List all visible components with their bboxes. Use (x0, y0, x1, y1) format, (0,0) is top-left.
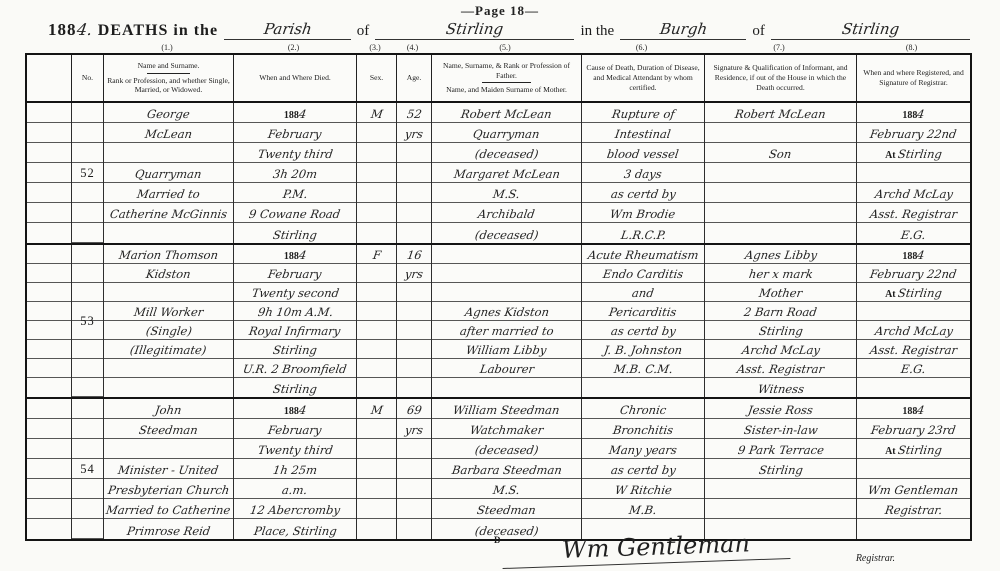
ruled-line (27, 439, 71, 459)
entry-text: Stirling (758, 325, 804, 339)
entry-text: Steedman (138, 424, 199, 438)
entry-number: 54 (72, 399, 103, 539)
ruled-line: 12 Abercromby (234, 499, 356, 519)
entry-text: February (267, 424, 322, 438)
column-number: (4.) (395, 43, 430, 53)
entry-number-cell: 52 (72, 103, 104, 243)
ruled-line (357, 479, 396, 499)
entry-text: her x mark (748, 268, 814, 282)
ruled-line: Bronchitis (582, 419, 704, 439)
entry-text: M.S. (492, 484, 520, 498)
ruled-line (705, 123, 856, 143)
entry-text: Asst. Registrar (869, 208, 958, 222)
ruled-line: Acute Rheumatism (582, 245, 704, 264)
ruled-line: E.G. (857, 359, 970, 378)
entry-text: 69 (406, 404, 423, 418)
entry-text: (deceased) (474, 148, 539, 162)
ruled-line: (Illegitimate) (104, 340, 233, 359)
ruled-line: (deceased) (432, 439, 581, 459)
registrar-signature-label: Registrar. (856, 553, 895, 564)
ruled-line (27, 499, 71, 519)
entry-text: Stirling (897, 148, 943, 162)
ruled-line (705, 163, 856, 183)
ruled-line: Wm Brodie (582, 203, 704, 223)
column-number: (5.) (430, 43, 580, 53)
column-number: (2.) (232, 43, 355, 53)
entry-text: William Steedman (452, 404, 560, 418)
ruled-line: At Stirling (857, 143, 970, 163)
entry-text: as certd by (610, 325, 677, 339)
cause-cell: Acute RheumatismEndo CarditisandPericard… (582, 245, 705, 397)
entry-text: Archd McLay (874, 188, 954, 202)
ruled-line (27, 143, 71, 163)
ruled-line (857, 302, 970, 321)
entry-text: Twenty third (257, 444, 334, 458)
entry-text: E.G. (900, 363, 926, 377)
record-row: 52GeorgeMcLeanQuarrymanMarried toCatheri… (27, 103, 970, 245)
ruled-line (104, 283, 233, 302)
column-header: When and Where Died. (234, 55, 357, 101)
entry-text: Bronchitis (612, 424, 674, 438)
ruled-line: February (234, 123, 356, 143)
entry-text: Wm Brodie (609, 208, 676, 222)
ruled-line: M (357, 399, 396, 419)
ruled-line (432, 283, 581, 302)
entry-text: John (154, 404, 182, 418)
ruled-line (104, 439, 233, 459)
ruled-line (27, 399, 71, 419)
title-year: 1884. (48, 20, 92, 40)
ruled-line: M (357, 103, 396, 123)
registrar-signature: Wm Gentleman (502, 528, 791, 569)
ruled-line: U.R. 2 Broomfield (234, 359, 356, 378)
ruled-line: 52 (397, 103, 431, 123)
ruled-line: a.m. (234, 479, 356, 499)
ruled-line (357, 459, 396, 479)
ruled-line: Barbara Steedman (432, 459, 581, 479)
ruled-line: J. B. Johnston (582, 340, 704, 359)
ruled-line: Kidston (104, 264, 233, 283)
ruled-line (27, 459, 71, 479)
entry-text: M (370, 108, 384, 122)
entry-number: 53 (72, 245, 103, 397)
ruled-line: Steedman (104, 419, 233, 439)
entry-text: February (267, 128, 322, 142)
ruled-line: yrs (397, 419, 431, 439)
ruled-line (705, 223, 856, 243)
ruled-line: Pericarditis (582, 302, 704, 321)
column-number (25, 43, 70, 53)
ruled-line: 16 (397, 245, 431, 264)
entry-text: Stirling (758, 464, 804, 478)
ruled-line (27, 183, 71, 203)
entry-text: yrs (404, 128, 424, 142)
column-numbers-row: (1.)(2.)(3.)(4.)(5.)(6.)(7.)(8.) (25, 43, 968, 53)
entry-text: 9h 10m A.M. (257, 306, 334, 320)
ruled-line (357, 203, 396, 223)
ruled-line: (deceased) (432, 143, 581, 163)
ruled-line (397, 340, 431, 359)
ruled-line: blood vessel (582, 143, 704, 163)
ruled-line: as certd by (582, 183, 704, 203)
entry-text: 3h 20m (272, 168, 318, 182)
ruled-line (357, 163, 396, 183)
registered-cell: 1884February 22ndAt StirlingArchd McLayA… (857, 103, 970, 243)
ruled-line: Mill Worker (104, 302, 233, 321)
entry-text: 12 Abercromby (249, 504, 341, 518)
entry-text: 4 (298, 108, 307, 122)
entry-text: J. B. Johnston (603, 344, 683, 358)
ruled-line (705, 183, 856, 203)
entry-text: Kidston (145, 268, 191, 282)
ruled-line (27, 283, 71, 302)
entry-text: Stirling (272, 229, 318, 243)
entry-text: (Single) (145, 325, 193, 339)
entry-text: Robert McLean (734, 108, 826, 122)
ruled-line: February 23rd (857, 419, 970, 439)
died-cell: 1884FebruaryTwenty third1h 25ma.m.12 Abe… (234, 399, 357, 539)
entry-text: blood vessel (606, 148, 679, 162)
ruled-line: Endo Carditis (582, 264, 704, 283)
page-number-label: —Page 18— (0, 0, 1000, 19)
ruled-line (357, 283, 396, 302)
ruled-line (27, 378, 71, 397)
ruled-line: Chronic (582, 399, 704, 419)
title-year-printed: 188 (48, 20, 77, 39)
ruled-line: M.B. C.M. (582, 359, 704, 378)
entry-text: Marion Thomson (118, 249, 219, 263)
entry-text: Royal Infirmary (248, 325, 341, 339)
ruled-line (857, 378, 970, 397)
ruled-line (357, 378, 396, 397)
cause-cell: Rupture ofIntestinalblood vessel3 daysas… (582, 103, 705, 243)
entry-text: Stirling (897, 444, 943, 458)
registered-cell: 1884February 22ndAt StirlingArchd McLayA… (857, 245, 970, 397)
column-header-label: Signature & Qualification of Informant, … (707, 63, 854, 93)
ruled-line: Wm Gentleman (857, 479, 970, 499)
area-name-script: Stirling (841, 22, 900, 37)
ruled-line (357, 302, 396, 321)
ruled-line: Twenty second (234, 283, 356, 302)
entry-text: 4 (298, 404, 307, 418)
ruled-line: M.S. (432, 183, 581, 203)
ruled-line: 1884 (857, 103, 970, 123)
title-of-1: of (357, 23, 370, 40)
ruled-line (104, 223, 233, 243)
ruled-line: Stirling (705, 321, 856, 340)
entry-text: (deceased) (474, 444, 539, 458)
ruled-line (104, 378, 233, 397)
ruled-line: Asst. Registrar (857, 203, 970, 223)
entry-text: George (146, 108, 191, 122)
ruled-line: 1h 25m (234, 459, 356, 479)
ruled-line: after married to (432, 321, 581, 340)
entry-text: Pericarditis (608, 306, 677, 320)
died-cell: 1884FebruaryTwenty second9h 10m A.M.Roya… (234, 245, 357, 397)
entry-text: Mill Worker (133, 306, 204, 320)
sex-cell: M (357, 399, 397, 539)
ruled-line (27, 163, 71, 183)
ruled-line: 1884 (234, 103, 356, 123)
ruled-line: February (234, 419, 356, 439)
ruled-line: Agnes Libby (705, 245, 856, 264)
entry-text: Rupture of (611, 108, 676, 122)
ruled-line: 2 Barn Road (705, 302, 856, 321)
entry-text: Many years (608, 444, 678, 458)
ruled-line (357, 340, 396, 359)
ruled-line: M.B. (582, 499, 704, 519)
ruled-line (397, 223, 431, 243)
entry-text: M.S. (492, 188, 520, 202)
register-page-scan: —Page 18— 1884. DEATHS in the Parish of … (0, 0, 1000, 571)
area-type-blank: Burgh (620, 22, 746, 40)
ruled-line: (Single) (104, 321, 233, 340)
entry-text: Intestinal (614, 128, 671, 142)
entry-text: W Ritchie (614, 484, 673, 498)
column-header: Name and Surname.Rank or Profession, and… (104, 55, 234, 101)
ruled-line: her x mark (705, 264, 856, 283)
entry-text: M (370, 404, 384, 418)
ruled-line: Watchmaker (432, 419, 581, 439)
column-header-sublabel: Rank or Profession, and whether Single, … (106, 76, 231, 96)
parents-cell: Agnes Kidstonafter married toWilliam Lib… (432, 245, 582, 397)
column-header-label: When and Where Died. (259, 73, 331, 83)
page-footer: D Wm Gentleman Registrar. (0, 535, 1000, 571)
ruled-line: Quarryman (104, 163, 233, 183)
entry-text: Mother (758, 287, 803, 301)
entry-text: 52 (406, 108, 423, 122)
entry-text: Catherine McGinnis (109, 208, 228, 222)
sex-cell: M (357, 103, 397, 243)
column-header: When and where Registered, and Signature… (857, 55, 970, 101)
district-type-script: Parish (262, 22, 312, 37)
entry-text: Stirling (272, 344, 318, 358)
entry-text: Registrar. (884, 504, 943, 518)
entry-text: February 22nd (869, 268, 957, 282)
ruled-line (705, 499, 856, 519)
ruled-line: as certd by (582, 321, 704, 340)
entry-text: as certd by (610, 464, 677, 478)
district-type-blank: Parish (224, 22, 351, 40)
column-header-divider (147, 73, 190, 74)
ruled-line: Labourer (432, 359, 581, 378)
age-cell: 69yrs (397, 399, 432, 539)
informant-cell: Agnes Libbyher x markMother2 Barn RoadSt… (705, 245, 857, 397)
ruled-line: Marion Thomson (104, 245, 233, 264)
entry-number-cell: 53 (72, 245, 104, 397)
entry-text: E.G. (900, 229, 926, 243)
entry-text: Minister - United (117, 464, 219, 478)
ruled-line: Royal Infirmary (234, 321, 356, 340)
ruled-line: 9h 10m A.M. (234, 302, 356, 321)
printed-year-prefix: 188 (284, 110, 299, 122)
entry-text: Agnes Libby (744, 249, 818, 263)
column-number: (6.) (580, 43, 703, 53)
entry-text: after married to (459, 325, 554, 339)
ruled-line: Catherine McGinnis (104, 203, 233, 223)
ruled-line: Archd McLay (705, 340, 856, 359)
entry-text: Robert McLean (460, 108, 552, 122)
column-header-label: No. (82, 73, 93, 83)
ruled-line (357, 439, 396, 459)
ruled-line (357, 359, 396, 378)
entry-text: Quarryman (472, 128, 540, 142)
ruled-line: William Libby (432, 340, 581, 359)
ruled-line (397, 302, 431, 321)
column-header (27, 55, 72, 101)
entry-text: Chronic (619, 404, 667, 418)
entry-text: William Libby (465, 344, 547, 358)
entry-text: Sister-in-law (743, 424, 819, 438)
died-cell: 1884FebruaryTwenty third3h 20mP.M.9 Cowa… (234, 103, 357, 243)
ruled-line: Stirling (234, 378, 356, 397)
ruled-line (397, 283, 431, 302)
ruled-line: Stirling (234, 340, 356, 359)
ruled-line: February 22nd (857, 123, 970, 143)
entry-text: and (631, 287, 655, 301)
entry-text: Archibald (477, 208, 536, 222)
ruled-line (357, 223, 396, 243)
ruled-line: Married to (104, 183, 233, 203)
ruled-line: At Stirling (857, 283, 970, 302)
ruled-line: and (582, 283, 704, 302)
ruled-line: 9 Cowane Road (234, 203, 356, 223)
ruled-line: Presbyterian Church (104, 479, 233, 499)
ruled-line: Agnes Kidston (432, 302, 581, 321)
entry-text: (Illegitimate) (129, 344, 207, 358)
ruled-line: Twenty third (234, 439, 356, 459)
ruled-line (357, 123, 396, 143)
ruled-line (397, 163, 431, 183)
ruled-line: 3 days (582, 163, 704, 183)
entry-text: Barbara Steedman (451, 464, 563, 478)
name-cell: Marion ThomsonKidstonMill Worker(Single)… (104, 245, 234, 397)
cause-cell: ChronicBronchitisMany yearsas certd byW … (582, 399, 705, 539)
entry-text: Quarryman (134, 168, 202, 182)
area-name-blank: Stirling (771, 22, 970, 40)
district-name-blank: Stirling (375, 22, 574, 40)
ruled-line: Quarryman (432, 123, 581, 143)
column-header-label: Name and Surname. (138, 61, 200, 71)
ruled-line: P.M. (234, 183, 356, 203)
ruled-line: Sister-in-law (705, 419, 856, 439)
parents-cell: Robert McLeanQuarryman(deceased)Margaret… (432, 103, 582, 243)
ruled-line (27, 245, 71, 264)
ruled-line: John (104, 399, 233, 419)
ruled-line (705, 479, 856, 499)
ruled-line (27, 203, 71, 223)
district-name-script: Stirling (445, 22, 504, 37)
ruled-line: Margaret McLean (432, 163, 581, 183)
entry-text: Archd McLay (741, 344, 821, 358)
area-type-script: Burgh (659, 22, 708, 37)
ruled-line: February 22nd (857, 264, 970, 283)
column-header-label: Sex. (370, 73, 383, 83)
entry-text: Margaret McLean (453, 168, 561, 182)
entry-text: yrs (404, 268, 424, 282)
ruled-line: Son (705, 143, 856, 163)
entry-text: Asst. Registrar (869, 344, 958, 358)
entry-text: a.m. (281, 484, 308, 498)
ruled-line (397, 479, 431, 499)
ruled-line (27, 123, 71, 143)
table-body: 52GeorgeMcLeanQuarrymanMarried toCatheri… (27, 103, 970, 539)
ruled-line: William Steedman (432, 399, 581, 419)
ruled-line: (deceased) (432, 223, 581, 243)
name-cell: JohnSteedmanMinister - UnitedPresbyteria… (104, 399, 234, 539)
ruled-line: 1884 (234, 245, 356, 264)
register-table: No.Name and Surname.Rank or Profession, … (25, 53, 972, 541)
title-year-script: 4. (75, 20, 93, 39)
entry-text: Labourer (479, 363, 535, 377)
sex-cell: F (357, 245, 397, 397)
entry-text: Twenty second (251, 287, 340, 301)
entry-text: 3 days (623, 168, 663, 182)
entry-text: Asst. Registrar (736, 363, 825, 377)
ruled-line: Minister - United (104, 459, 233, 479)
ruled-line: Married to Catherine (104, 499, 233, 519)
ruled-line (27, 302, 71, 321)
ruled-line (104, 359, 233, 378)
age-cell: 16yrs (397, 245, 432, 397)
ruled-line (397, 321, 431, 340)
entry-text: 16 (406, 249, 423, 263)
ruled-line: Witness (705, 378, 856, 397)
title-of-2: of (752, 23, 765, 40)
ruled-line (27, 359, 71, 378)
ruled-line: E.G. (857, 223, 970, 243)
entry-text: Archd McLay (874, 325, 954, 339)
ruled-line: Archd McLay (857, 183, 970, 203)
printed-year-prefix: 188 (284, 251, 299, 263)
ruled-line: Jessie Ross (705, 399, 856, 419)
ruled-line: Mother (705, 283, 856, 302)
ruled-line (857, 163, 970, 183)
entry-text: February 23rd (870, 424, 956, 438)
column-header-label: When and where Registered, and Signature… (859, 68, 968, 88)
ruled-line: February (234, 264, 356, 283)
ruled-line (397, 183, 431, 203)
column-header: Cause of Death, Duration of Disease, and… (582, 55, 705, 101)
ruled-line: 3h 20m (234, 163, 356, 183)
entry-text: Jessie Ross (747, 404, 814, 418)
ruled-line (357, 143, 396, 163)
ruled-line (27, 321, 71, 340)
ruled-line (397, 499, 431, 519)
entry-text: 4 (916, 404, 925, 418)
ruled-line (432, 264, 581, 283)
column-header: Name, Surname, & Rank or Profession of F… (432, 55, 582, 101)
entry-text: Watchmaker (469, 424, 544, 438)
entry-text: Twenty third (257, 148, 334, 162)
ruled-line (357, 321, 396, 340)
entry-number-cell: 54 (72, 399, 104, 539)
ruled-line: Archd McLay (857, 321, 970, 340)
table-header-row: No.Name and Surname.Rank or Profession, … (27, 55, 970, 103)
ruled-line: Stirling (234, 223, 356, 243)
column-header: Sex. (357, 55, 397, 101)
entry-text: L.R.C.P. (620, 229, 667, 243)
ruled-line (857, 459, 970, 479)
ruled-line (432, 378, 581, 397)
margin-cell (27, 245, 72, 397)
ruled-line: At Stirling (857, 439, 970, 459)
entry-text: Stirling (897, 287, 943, 301)
entry-text: yrs (404, 424, 424, 438)
ruled-line: Twenty third (234, 143, 356, 163)
ruled-line: Steedman (432, 499, 581, 519)
ruled-line (357, 183, 396, 203)
